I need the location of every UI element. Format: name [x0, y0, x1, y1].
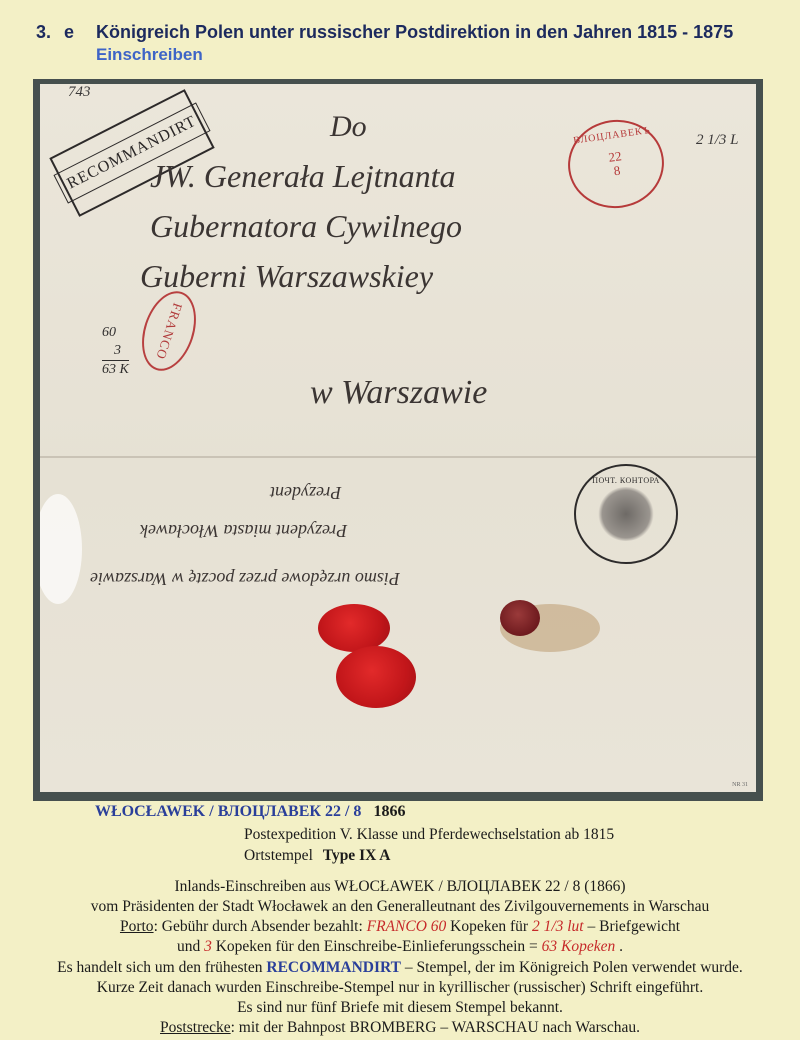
franco-stamp: FRANCO: [133, 284, 206, 377]
address-line: w Warszawie: [310, 374, 487, 412]
caption-office: Postexpedition V. Klasse und Pferdewechs…: [244, 826, 614, 844]
small-wax-seal: [500, 600, 540, 636]
section-number: 3.: [36, 22, 64, 43]
description-earliest: Es handelt sich um den frühesten RECOMMA…: [0, 959, 800, 977]
caption-postmark-type: Ortstempel Type IX A: [244, 847, 391, 865]
wax-seal: [336, 646, 416, 708]
description-line: vom Präsidenten der Stadt Włocławek an d…: [0, 898, 800, 916]
upside-down-note: Prezydent miasta Włocławek: [140, 520, 347, 541]
recommandirt-stamp: RECOMMANDIRT: [49, 89, 214, 217]
page-heading: 3.eKönigreich Polen unter russischer Pos…: [36, 22, 733, 43]
description-line: Inlands-Einschreiben aus WŁOCŁAWEK / ВЛО…: [0, 878, 800, 896]
fold-line: [40, 456, 756, 458]
caption-title: WŁOCŁAWEK / ВЛОЦЛАВЕК 22 / 81866: [95, 803, 405, 821]
sheet-mark: NR 31: [732, 782, 748, 788]
pencil-number: 743: [68, 84, 91, 101]
address-line: Do: [330, 110, 367, 144]
address-line: JW. Generała Lejtnanta: [150, 158, 455, 195]
wax-seal: [318, 604, 390, 652]
rate-calculation: 60 3 63 K: [102, 324, 129, 379]
description-line: Kurze Zeit danach wurden Einschreibe-Ste…: [0, 979, 800, 997]
address-line: Guberni Warszawskiey: [140, 258, 433, 295]
description-route: Poststrecke: mit der Bahnpost BROMBERG –…: [0, 1019, 800, 1037]
wloclawek-postmark: ВЛОЦЛАВЕКЪ 22 8: [562, 114, 669, 215]
page-title: Königreich Polen unter russischer Postdi…: [96, 22, 733, 42]
description-line: Es sind nur fünf Briefe mit diesem Stemp…: [0, 999, 800, 1017]
arrival-postmark: ПОЧТ. КОНТОРА: [574, 464, 678, 564]
address-line: Gubernatora Cywilnego: [150, 208, 462, 245]
letter-cover-image: RECOMMANDIRT 743 2 1/3 L ВЛОЦЛАВЕКЪ 22 8…: [40, 84, 756, 792]
description-fee: und 3 Kopeken für den Einschreibe-Einlie…: [0, 938, 800, 956]
pencil-weight: 2 1/3 L: [696, 132, 739, 149]
page-subtitle: Einschreiben: [96, 45, 203, 65]
section-letter: e: [64, 22, 96, 43]
upside-down-note: Prezydent: [270, 482, 341, 503]
paper-wear: [40, 494, 82, 604]
description-porto: Porto: Gebühr durch Absender bezahlt: FR…: [0, 918, 800, 936]
upside-down-note: Pismo urzędowe przez pocztę w Warszawie: [90, 568, 400, 589]
